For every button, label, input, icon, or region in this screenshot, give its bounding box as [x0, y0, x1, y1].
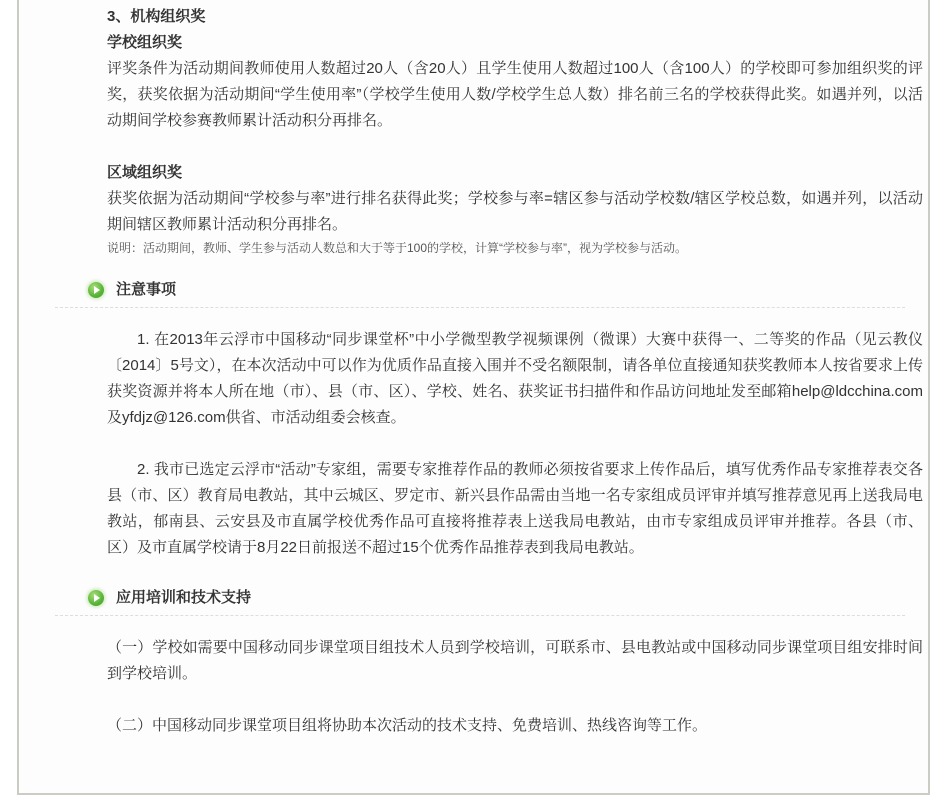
section-header-training: 应用培训和技术支持: [88, 589, 923, 606]
region-award-title: 区域组织奖: [107, 160, 923, 186]
notes-paragraph-2: 2. 我市已选定云浮市“活动”专家组，需要专家推荐作品的教师必须按省要求上传作品…: [107, 457, 923, 561]
section-header-notes: 注意事项: [88, 281, 923, 298]
section-divider: [55, 307, 905, 308]
play-bullet-icon: [88, 282, 104, 298]
triangle-glyph: [94, 286, 100, 294]
triangle-glyph: [94, 594, 100, 602]
article-content: 3、机构组织奖 学校组织奖 评奖条件为活动期间教师使用人数超过20人（含20人）…: [107, 4, 923, 739]
training-paragraph-1: （一）学校如需要中国移动同步课堂项目组技术人员到学校培训，可联系市、县电教站或中…: [107, 635, 923, 687]
section-divider: [55, 615, 905, 616]
section-title-notes: 注意事项: [116, 277, 176, 303]
region-award-note: 说明：活动期间，教师、学生参与活动人数总和大于等于100的学校，计算“学校参与率…: [107, 240, 923, 257]
notes-paragraph-1: 1. 在2013年云浮市中国移动“同步课堂杯”中小学微型教学视频课例（微课）大赛…: [107, 327, 923, 431]
region-award-body: 获奖依据为活动期间“学校参与率”进行排名获得此奖；学校参与率=辖区参与活动学校数…: [107, 186, 923, 238]
section-title-training: 应用培训和技术支持: [116, 585, 251, 611]
play-bullet-icon: [88, 590, 104, 606]
school-award-title: 学校组织奖: [107, 30, 923, 56]
training-paragraph-2: （二）中国移动同步课堂项目组将协助本次活动的技术支持、免费培训、热线咨询等工作。: [107, 713, 923, 739]
school-award-body: 评奖条件为活动期间教师使用人数超过20人（含20人）且学生使用人数超过100人（…: [107, 56, 923, 134]
awards-heading: 3、机构组织奖: [107, 4, 923, 30]
